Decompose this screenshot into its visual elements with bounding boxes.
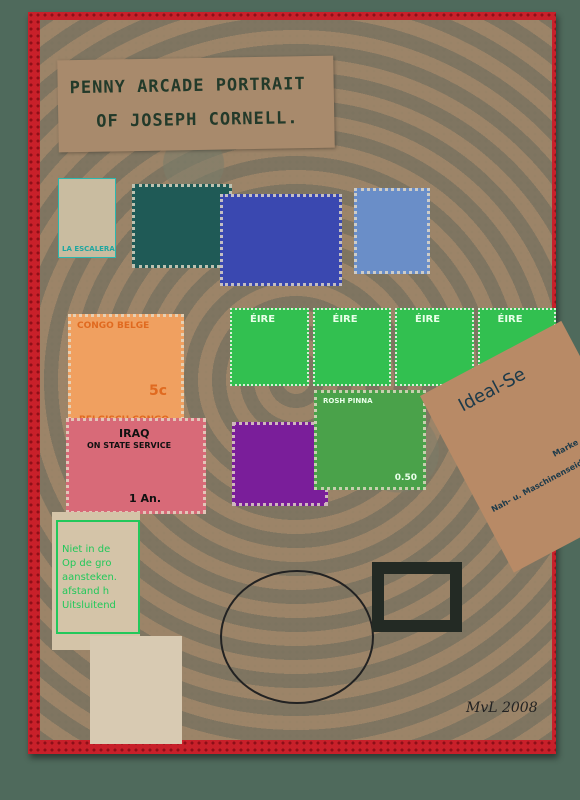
israel-stamp <box>132 184 232 268</box>
rosh-pinna-stamp: ROSH PINNA 0.50 <box>314 390 426 490</box>
drawn-astrology-chart <box>220 570 374 704</box>
title-label-card: PENNY ARCADE PORTRAIT OF JOSEPH CORNELL. <box>57 56 335 153</box>
dutch-label: Niet in de Op de gro aansteken. afstand … <box>52 512 140 650</box>
iraq-stamp: IRAQ ON STATE SERVICE 1 An. <box>66 418 206 514</box>
congo-stamp: CONGO BELGE 5c BELGISCH CONGO <box>68 314 184 432</box>
blue-ornamental-stamp <box>220 194 342 286</box>
artist-signature: MvL 2008 <box>466 700 538 716</box>
receipt-paper <box>90 636 182 744</box>
eire-green-stamp: ÉIRE <box>313 308 392 386</box>
la-escalera-card: LA ESCALERA <box>58 178 116 258</box>
label-line-2: OF JOSEPH CORNELL. <box>96 108 299 132</box>
eire-blue-stamp <box>354 188 430 274</box>
eire-green-stamp: ÉIRE <box>230 308 309 386</box>
label-line-1: PENNY ARCADE PORTRAIT <box>70 74 306 98</box>
stepped-cross-stamp <box>372 562 462 632</box>
